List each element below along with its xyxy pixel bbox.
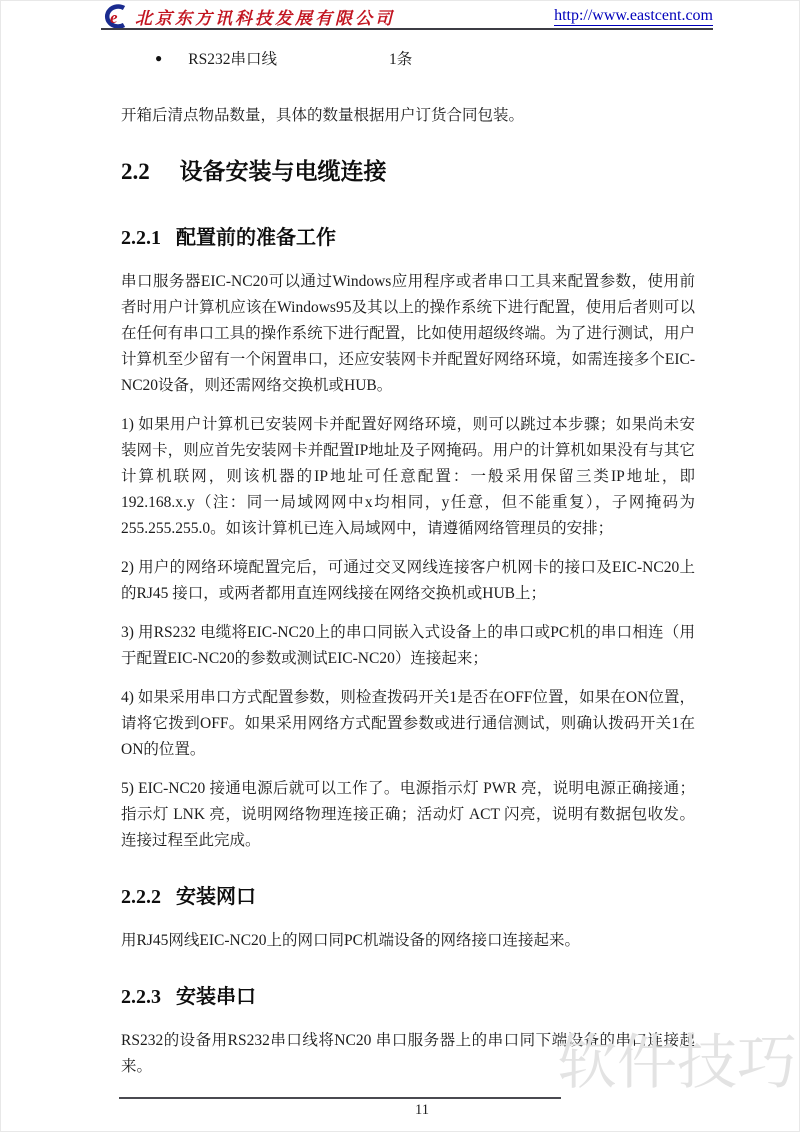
page-number: 11 — [131, 1102, 713, 1119]
packing-item-quantity: 1条 — [389, 47, 412, 69]
section-number: 2.2.1 — [121, 227, 161, 249]
header-divider — [101, 28, 713, 30]
section-title: 设备安装与电缆连接 — [180, 159, 387, 184]
packing-item-label: RS232串口线 — [188, 47, 277, 69]
section-number: 2.2 — [121, 159, 150, 184]
section-number: 2.2.3 — [121, 986, 161, 1008]
step-2: 2) 用户的网络环境配置完后，可通过交叉网线连接客户机网卡的接口及EIC-NC2… — [121, 555, 695, 607]
packing-list-item: ● RS232串口线 1条 — [155, 47, 695, 69]
page-header: e 北京东方讯科技发展有限公司 http://www.eastcent.com — [101, 4, 713, 29]
watermark-text: 软件技巧 — [557, 1027, 800, 1099]
section-2-2-1-heading: 2.2.1 配置前的准备工作 — [121, 225, 695, 251]
step-1: 1) 如果用户计算机已安装网卡并配置好网络环境，则可以跳过本步骤；如果尚未安装网… — [121, 412, 695, 542]
company-brand: e 北京东方讯科技发展有限公司 — [101, 4, 395, 30]
section-2-2-2-heading: 2.2.2 安装网口 — [121, 884, 695, 910]
section-title: 安装网口 — [176, 886, 256, 908]
website-link[interactable]: http://www.eastcent.com — [554, 7, 713, 26]
section-2-2-heading: 2.2 设备安装与电缆连接 — [121, 157, 695, 187]
section-title: 安装串口 — [176, 986, 256, 1008]
section-2-2-1-intro: 串口服务器EIC-NC20可以通过Windows应用程序或者串口工具来配置参数，… — [121, 269, 695, 399]
document-page: e 北京东方讯科技发展有限公司 http://www.eastcent.com … — [0, 0, 800, 1132]
section-number: 2.2.2 — [121, 886, 161, 908]
company-name: 北京东方讯科技发展有限公司 — [135, 4, 395, 29]
footer-divider — [119, 1097, 561, 1099]
svg-text:e: e — [110, 8, 118, 27]
bullet-icon: ● — [155, 51, 162, 66]
step-4: 4) 如果采用串口方式配置参数，则检查拨码开关1是否在OFF位置，如果在ON位置… — [121, 685, 695, 763]
unpacking-note: 开箱后清点物品数量，具体的数量根据用户订货合同包装。 — [121, 103, 695, 129]
step-5: 5) EIC-NC20 接通电源后就可以工作了。电源指示灯 PWR 亮，说明电源… — [121, 776, 695, 854]
section-2-2-3-heading: 2.2.3 安装串口 — [121, 984, 695, 1010]
company-logo-icon: e — [101, 4, 131, 30]
section-title: 配置前的准备工作 — [176, 227, 336, 249]
document-body: ● RS232串口线 1条 开箱后清点物品数量，具体的数量根据用户订货合同包装。… — [121, 45, 695, 1080]
section-2-2-2-body: 用RJ45网线EIC-NC20上的网口同PC机端设备的网络接口连接起来。 — [121, 928, 695, 954]
step-3: 3) 用RS232 电缆将EIC-NC20上的串口同嵌入式设备上的串口或PC机的… — [121, 620, 695, 672]
